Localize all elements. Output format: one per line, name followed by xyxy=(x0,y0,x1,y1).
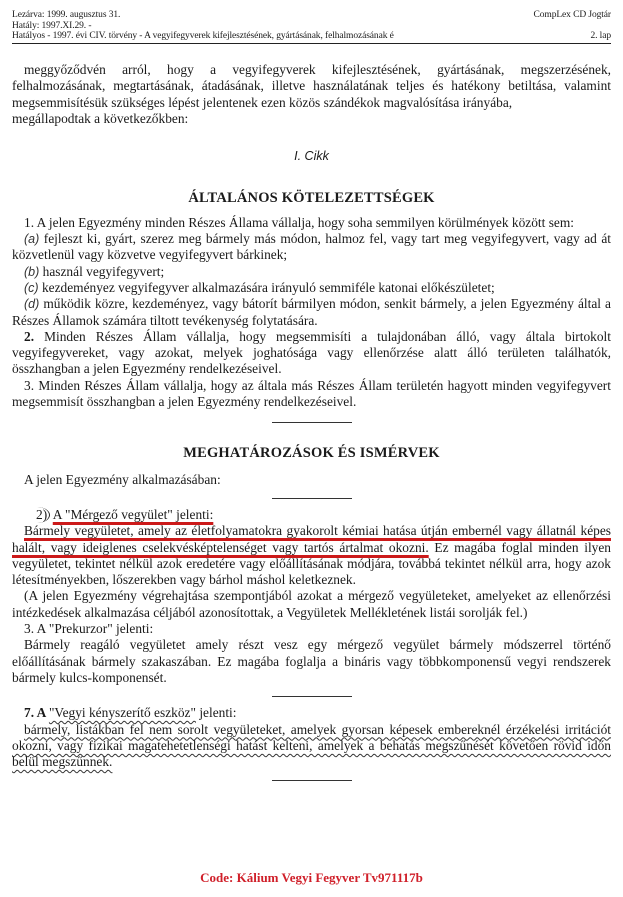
law-title: Hatályos - 1997. évi CIV. törvény - A ve… xyxy=(12,31,394,42)
header-rule xyxy=(12,43,611,44)
obligation-item-a: (a) fejleszt ki, gyárt, szerez meg bárme… xyxy=(12,231,611,264)
obligation-item-b: (b) használ vegyifegyvert; xyxy=(12,264,611,280)
definition-2-title: 2) A "Mérgező vegyület" jelenti: xyxy=(12,507,611,523)
obligation-1: 1. A jelen Egyezmény minden Részes Állam… xyxy=(12,215,611,231)
intro-paragraph: meggyőződvén arról, hogy a vegyifegyvere… xyxy=(12,62,611,111)
closed-date: Lezárva: 1999. augusztus 31. xyxy=(12,10,120,21)
obligation-2: 2. Minden Részes Állam vállalja, hogy me… xyxy=(12,329,611,378)
source-name: CompLex CD Jogtár xyxy=(534,10,611,21)
page-number: 2. lap xyxy=(590,31,611,42)
red-underline-annotation: A "Mérgező vegyület" jelenti: xyxy=(53,507,214,522)
page-header: Lezárva: 1999. augusztus 31. CompLex CD … xyxy=(12,10,611,42)
definitions-intro: A jelen Egyezmény alkalmazásában: xyxy=(12,472,611,488)
footer-code: Code: Kálium Vegyi Fegyver Tv971117b xyxy=(0,870,623,886)
separator-rule xyxy=(272,780,352,781)
handwritten-circle-annotation: 2) xyxy=(24,507,50,523)
effect-date: Hatály: 1997.XI.29. - xyxy=(12,21,91,32)
section-heading-definitions: MEGHATÁROZÁSOK ÉS ISMÉRVEK xyxy=(12,445,611,461)
article-label: I. Cikk xyxy=(12,148,611,164)
obligation-3: 3. Minden Részes Állam vállalja, hogy az… xyxy=(12,378,611,411)
separator-rule xyxy=(272,422,352,423)
definition-2-note: (A jelen Egyezmény végrehajtása szempont… xyxy=(12,588,611,621)
section-heading-obligations: ÁLTALÁNOS KÖTELEZETTSÉGEK xyxy=(12,190,611,206)
separator-rule xyxy=(272,498,352,499)
definition-7-title: 7. A "Vegyi kényszerítő eszköz" jelenti: xyxy=(12,705,611,721)
obligation-item-d: (d) működik közre, kezdeményez, vagy bát… xyxy=(12,296,611,329)
definition-2-text: Bármely vegyületet, amely az életfolyama… xyxy=(12,523,611,588)
document-body: meggyőződvén arról, hogy a vegyifegyvere… xyxy=(12,62,611,789)
separator-rule xyxy=(272,696,352,697)
definition-3-text: Bármely reagáló vegyületet amely részt v… xyxy=(12,637,611,686)
obligation-item-c: (c) kezdeményez vegyifegyver alkalmazásá… xyxy=(12,280,611,296)
definition-7-text: bármely, listákban fel nem sorolt vegyül… xyxy=(12,722,611,771)
definition-3-title: 3. A "Prekurzor" jelenti: xyxy=(12,621,611,637)
pen-underline-annotation: "Vegyi kényszerítő eszköz" xyxy=(49,705,196,720)
pen-underline-annotation: bármely, listákban fel nem sorolt vegyül… xyxy=(12,722,611,770)
intro-closing: megállapodtak a következőkben: xyxy=(12,111,611,127)
